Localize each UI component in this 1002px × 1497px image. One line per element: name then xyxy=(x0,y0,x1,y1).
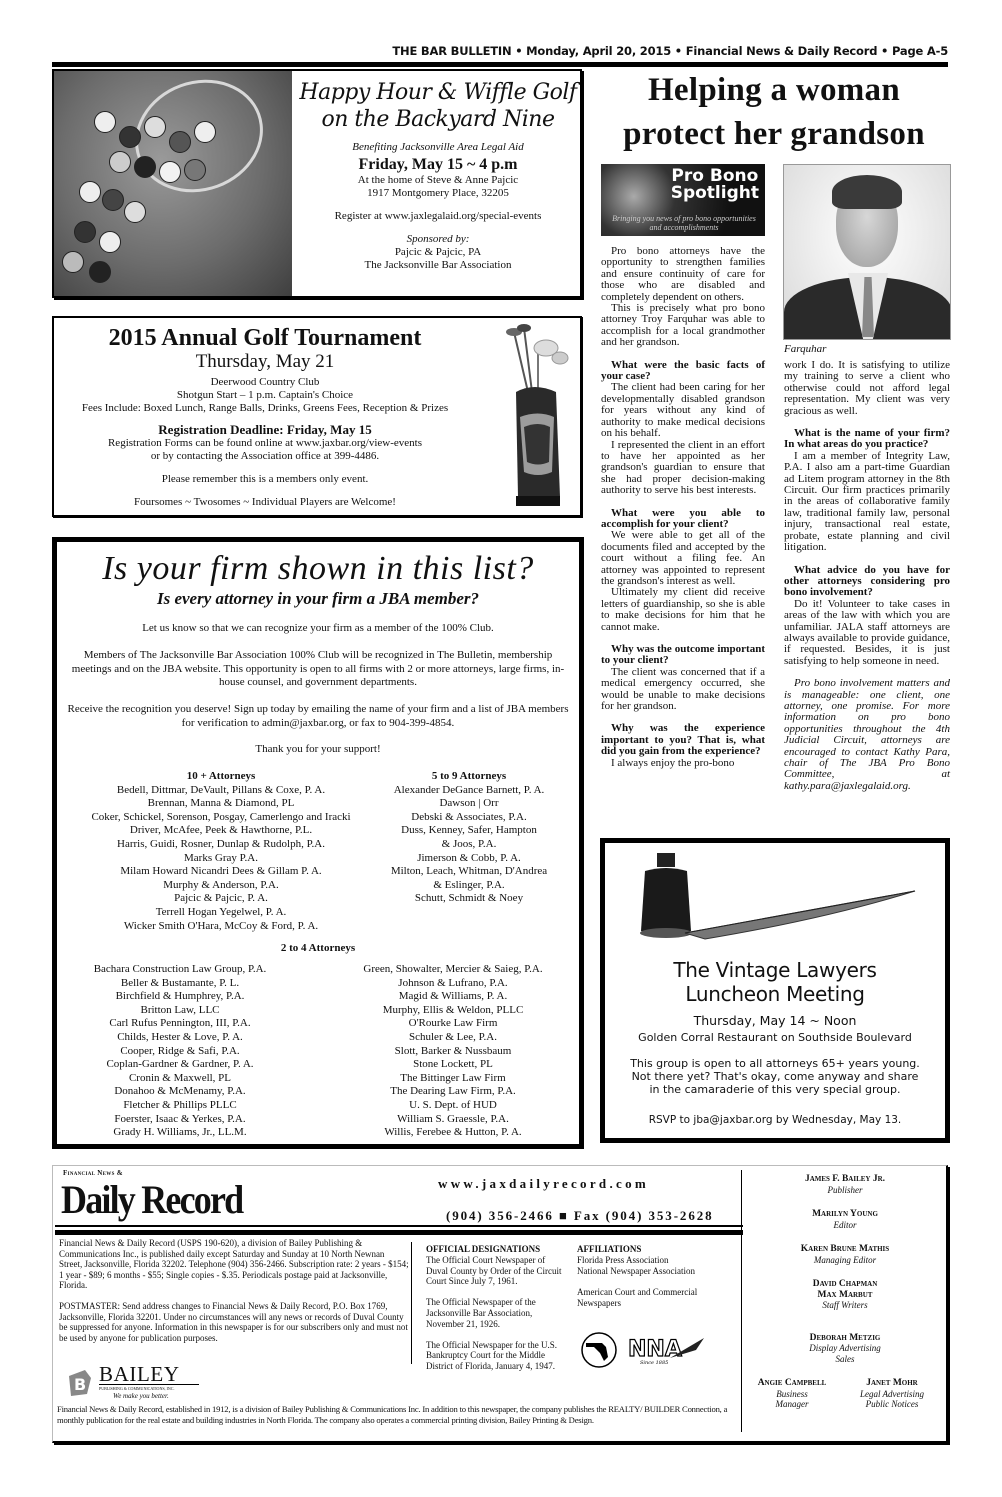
staff-legal-advertising: Janet Mohr Legal Advertising Public Noti… xyxy=(845,1378,939,1410)
bailey-tagline: We make you better. xyxy=(113,1392,169,1400)
masthead-info-2: POSTMASTER: Send address changes to Fina… xyxy=(59,1301,409,1343)
staff-role: Legal Advertising xyxy=(845,1389,939,1400)
firm-item: Cooper, Ridge & Safi, P.A. xyxy=(65,1045,295,1059)
sponsor-1: Pajcic & Pajcic, PA xyxy=(294,246,582,259)
staff-name: James F. Bailey Jr. xyxy=(745,1174,945,1185)
firm-item: Bedell, Dittmar, DeVault, Pillans & Coxe… xyxy=(65,784,377,798)
article-closing: Pro bono involvement matters and is mana… xyxy=(784,678,950,792)
question-1: What were the basic facts of your case? xyxy=(601,360,765,383)
staff-role: Editor xyxy=(745,1220,945,1231)
question-6: What advice do you have for other attorn… xyxy=(784,565,950,599)
affiliations: AFFILIATIONS Florida Press Association N… xyxy=(577,1244,737,1309)
bailey-sub: PUBLISHING & COMMUNICATIONS, INC. xyxy=(99,1386,199,1391)
firm-item: William S. Graessle, P.A. xyxy=(337,1113,569,1127)
staff-role: Business xyxy=(745,1389,839,1400)
answer-1b: I represented the client in an effort to… xyxy=(601,440,765,497)
firm-list-para-1: Let us know so that we can recognize you… xyxy=(67,622,569,636)
farquhar-photo xyxy=(783,164,951,340)
staff-list: James F. Bailey Jr. Publisher Marilyn Yo… xyxy=(745,1174,945,1410)
firm-item: Childs, Hester & Love, P. A. xyxy=(65,1031,295,1045)
firm-list-thanks: Thank you for your support! xyxy=(67,743,569,757)
answer-6: Do it! Volunteer to take cases in areas … xyxy=(784,599,950,667)
running-head: THE BAR BULLETIN • Monday, April 20, 201… xyxy=(52,44,948,58)
staff-role: Sales xyxy=(745,1354,945,1365)
affiliation-1: Florida Press Association xyxy=(577,1255,737,1266)
staff-editor: Marilyn Young Editor xyxy=(745,1209,945,1230)
firm-item: Dawson | Orr xyxy=(359,797,579,811)
golf-deadline: Registration Deadline: Friday, May 15 xyxy=(54,422,476,437)
vintage-title-2: Luncheon Meeting xyxy=(605,982,945,1006)
affiliations-heading: AFFILIATIONS xyxy=(577,1244,737,1255)
vintage-lawyers-ad: The Vintage Lawyers Luncheon Meeting Thu… xyxy=(600,838,950,1143)
firm-item: Slott, Barker & Nussbaum xyxy=(337,1045,569,1059)
firm-item: Jimerson & Cobb, P. A. xyxy=(359,852,579,866)
firm-item: Birchfield & Humphrey, P.A. xyxy=(65,990,295,1004)
answer-1a: The client had been caring for her devel… xyxy=(601,382,765,439)
question-3: Why was the outcome important to your cl… xyxy=(601,644,765,667)
staff-name: Janet Mohr xyxy=(845,1378,939,1389)
golf-forms-1[interactable]: Registration Forms can be found online a… xyxy=(54,437,476,450)
firm-item: Wicker Smith O'Hara, McCoy & Ford, P. A. xyxy=(65,920,377,934)
svg-text:NNA: NNA xyxy=(628,1337,682,1362)
golf-title: 2015 Annual Golf Tournament xyxy=(54,324,476,352)
designation-3: The Official Newspaper for the U.S. Bank… xyxy=(426,1340,566,1372)
staff-role: Public Notices xyxy=(845,1399,939,1410)
vintage-date: Thursday, May 14 ~ Noon xyxy=(605,1013,945,1028)
firm-item: Foerster, Isaac & Yerkes, P.A. xyxy=(65,1113,295,1127)
firm-item: The Bittinger Law Firm xyxy=(337,1072,569,1086)
firm-item: Terrell Hogan Yegelwel, P. A. xyxy=(65,906,377,920)
staff-role: Display Advertising xyxy=(745,1343,945,1354)
vintage-body-1: This group is open to all attorneys 65+ … xyxy=(615,1057,935,1070)
happy-hour-title-2: on the Backyard Nine xyxy=(294,106,582,133)
svg-text:B: B xyxy=(74,1375,86,1394)
answer-4-cont: work I do. It is satisfying to utilize m… xyxy=(784,360,950,417)
sponsored-label: Sponsored by: xyxy=(294,233,582,246)
staff-name: Marilyn Young xyxy=(745,1209,945,1220)
happy-hour-location-2: 1917 Montgomery Place, 32205 xyxy=(294,187,582,200)
golf-date: Thursday, May 21 xyxy=(54,352,476,372)
five-to-nine-heading: 5 to 9 Attorneys xyxy=(359,770,579,784)
staff-writers: David Chapman Max Marbut Staff Writers xyxy=(745,1279,945,1311)
masthead-info: Financial News & Daily Record (USPS 190-… xyxy=(59,1238,409,1343)
staff-name: David Chapman xyxy=(745,1279,945,1290)
staff-role: Managing Editor xyxy=(745,1255,945,1266)
pro-bono-spotlight-banner: Pro Bono Spotlight Bringing you news of … xyxy=(601,164,765,236)
happy-hour-benefit: Benefiting Jacksonville Area Legal Aid xyxy=(294,141,582,153)
answer-2b: Ultimately my client did receive letters… xyxy=(601,587,765,633)
vintage-rsvp[interactable]: RSVP to jba@jaxbar.org by Wednesday, May… xyxy=(605,1114,945,1126)
two-to-four-right-column: Green, Showalter, Mercier & Saieg, P.A. … xyxy=(337,963,569,1140)
staff-name: Angie Campbell xyxy=(745,1378,839,1389)
vintage-title-1: The Vintage Lawyers xyxy=(605,958,945,982)
firm-item: Milton, Leach, Whitman, D'Andrea xyxy=(359,865,579,879)
firm-item: Stone Lockett, PL xyxy=(337,1058,569,1072)
firm-item: Donahoo & McMenamy, P.A. xyxy=(65,1085,295,1099)
vintage-body: This group is open to all attorneys 65+ … xyxy=(615,1057,935,1096)
golf-tournament-ad: 2015 Annual Golf Tournament Thursday, Ma… xyxy=(52,316,582,517)
firm-item: & Joos, P.A. xyxy=(359,838,579,852)
quill-pen-icon xyxy=(675,883,925,943)
answer-4-start: I always enjoy the pro-bono xyxy=(601,758,765,769)
question-4: Why was the experience important to you?… xyxy=(601,723,765,757)
golf-forms-2: or by contacting the Association office … xyxy=(54,450,476,463)
golf-bag-icon xyxy=(494,322,578,512)
masthead-info-1: Financial News & Daily Record (USPS 190-… xyxy=(59,1238,409,1291)
florida-press-association-logo-icon xyxy=(580,1331,618,1369)
article-intro-2: This is precisely what pro bono attorney… xyxy=(601,303,765,349)
designation-1: The Official Court Newspaper of Duval Co… xyxy=(426,1255,566,1287)
firm-item: Harris, Guidi, Rosner, Dunlap & Rudolph,… xyxy=(65,838,377,852)
vintage-title: The Vintage Lawyers Luncheon Meeting xyxy=(605,958,945,1006)
happy-hour-title-1: Happy Hour & Wiffle Golf xyxy=(294,79,582,106)
ten-plus-column: 10 + Attorneys Bedell, Dittmar, DeVault,… xyxy=(65,770,377,933)
firm-item: Britton Law, LLC xyxy=(65,1004,295,1018)
staff-name: Max Marbut xyxy=(745,1290,945,1301)
article-intro-1: Pro bono attorneys have the opportunity … xyxy=(601,246,765,303)
golf-text: 2015 Annual Golf Tournament Thursday, Ma… xyxy=(54,318,476,509)
masthead-phone: (904) 356-2466 ■ Fax (904) 353-2628 xyxy=(446,1208,714,1224)
vintage-body-3: in the camaraderie of this very special … xyxy=(615,1083,935,1096)
staff-role: Manager xyxy=(745,1399,839,1410)
firm-item: Coker, Schickel, Sorenson, Posgay, Camer… xyxy=(65,811,377,825)
happy-hour-register-link[interactable]: Register at www.jaxlegalaid.org/special-… xyxy=(294,210,582,223)
firm-item: The Dearing Law Firm, P.A. xyxy=(337,1085,569,1099)
firm-list-title: Is your firm shown in this list? xyxy=(57,550,579,588)
firm-item: U. S. Dept. of HUD xyxy=(337,1099,569,1113)
question-2: What were you able to accomplish for you… xyxy=(601,508,765,531)
article-column-2: work I do. It is satisfying to utilize m… xyxy=(784,360,950,792)
ten-plus-heading: 10 + Attorneys xyxy=(65,770,377,784)
wiffle-balls-photo xyxy=(54,71,292,296)
firm-item: Schuler & Lee, P.A. xyxy=(337,1031,569,1045)
staff-bottom-row: Angie Campbell Business Manager Janet Mo… xyxy=(745,1378,945,1410)
sponsor-2: The Jacksonville Bar Association xyxy=(294,259,582,272)
daily-record-masthead: Financial News & Daily Record www.jaxdai… xyxy=(52,1165,948,1443)
firm-item: Alexander DeGance Barnett, P. A. xyxy=(359,784,579,798)
staff-name: Deborah Metzig xyxy=(745,1333,945,1344)
golf-welcome: Foursomes ~ Twosomes ~ Individual Player… xyxy=(54,496,476,509)
masthead-url[interactable]: www.jaxdailyrecord.com xyxy=(438,1176,649,1192)
firm-item: Magid & Williams, P. A. xyxy=(337,990,569,1004)
golf-fees: Fees Include: Boxed Lunch, Range Balls, … xyxy=(54,402,476,415)
photo-caption: Farquhar xyxy=(784,343,826,355)
firm-item: Bachara Construction Law Group, P.A. xyxy=(65,963,295,977)
staff-business-manager: Angie Campbell Business Manager xyxy=(745,1378,839,1410)
firm-item: Willis, Ferebee & Hutton, P. A. xyxy=(337,1126,569,1140)
vintage-place: Golden Corral Restaurant on Southside Bo… xyxy=(605,1031,945,1044)
firm-item: Murphy & Anderson, P.A. xyxy=(65,879,377,893)
golf-venue: Deerwood Country Club xyxy=(54,376,476,389)
firm-item: Carl Rufus Pennington, III, P.A. xyxy=(65,1017,295,1031)
two-to-four-heading: 2 to 4 Attorneys xyxy=(57,942,579,956)
answer-2a: We were able to get all of the documents… xyxy=(601,530,765,587)
firm-item: & Eslinger, P.A. xyxy=(359,879,579,893)
vintage-body-2: Not there yet? That's okay, come anyway … xyxy=(615,1070,935,1083)
firm-list-para-2: Members of The Jacksonville Bar Associat… xyxy=(67,649,569,690)
firm-item: Debski & Associates, P.A. xyxy=(359,811,579,825)
answer-5: I am a member of Integrity Law, P.A. I a… xyxy=(784,451,950,554)
firm-list-subtitle: Is every attorney in your firm a JBA mem… xyxy=(57,589,579,609)
happy-hour-location-1: At the home of Steve & Anne Pajcic xyxy=(294,174,582,187)
designation-2: The Official Newspaper of the Jacksonvil… xyxy=(426,1297,566,1329)
bailey-b-mark-icon: B xyxy=(65,1368,95,1398)
firm-item: Fletcher & Phillips PLLC xyxy=(65,1099,295,1113)
spotlight-title-2: Spotlight xyxy=(671,185,759,202)
five-to-nine-column: 5 to 9 Attorneys Alexander DeGance Barne… xyxy=(359,770,579,906)
firm-item: Duss, Kenney, Safer, Hampton xyxy=(359,824,579,838)
question-5: What is the name of your firm? In what a… xyxy=(784,428,950,451)
firm-list-ad: Is your firm shown in this list? Is ever… xyxy=(52,537,584,1149)
article-headline: Helping a woman protect her grandson xyxy=(596,68,952,156)
firm-item: Pajcic & Pajcic, P. A. xyxy=(65,892,377,906)
firm-item: Driver, McAfee, Peek & Hawthorne, P.L. xyxy=(65,824,377,838)
firm-item: Schutt, Schmidt & Noey xyxy=(359,892,579,906)
nna-logo-icon: NNA Since 1885 xyxy=(626,1334,706,1366)
firm-item: Coplan-Gardner & Gardner, P. A. xyxy=(65,1058,295,1072)
masthead-footer: Financial News & Daily Record, establish… xyxy=(57,1404,741,1426)
staff-publisher: James F. Bailey Jr. Publisher xyxy=(745,1174,945,1195)
firm-item: Murphy, Ellis & Weldon, PLLC xyxy=(337,1004,569,1018)
affiliation-3: American Court and Commercial Newspapers xyxy=(577,1287,737,1309)
firm-item: Grady H. Williams, Jr., LL.M. xyxy=(65,1126,295,1140)
affiliation-2: National Newspaper Association xyxy=(577,1266,737,1277)
staff-advertising: Deborah Metzig Display Advertising Sales xyxy=(745,1333,945,1365)
happy-hour-ad: Happy Hour & Wiffle Golf on the Backyard… xyxy=(52,69,582,298)
two-to-four-left-column: Bachara Construction Law Group, P.A. Bel… xyxy=(65,963,295,1140)
spotlight-subtitle: Bringing you news of pro bono opportunit… xyxy=(609,214,759,232)
happy-hour-text: Happy Hour & Wiffle Golf on the Backyard… xyxy=(294,71,582,272)
firm-item: Green, Showalter, Mercier & Saieg, P.A. xyxy=(337,963,569,977)
golf-members-only: Please remember this is a members only e… xyxy=(54,473,476,486)
daily-record-logo: Daily Record xyxy=(61,1176,242,1223)
article-column-1: Pro bono attorneys have the opportunity … xyxy=(601,246,765,769)
firm-item: Johnson & Lufrano, P.A. xyxy=(337,977,569,991)
staff-role: Publisher xyxy=(745,1185,945,1196)
svg-text:Since 1885: Since 1885 xyxy=(640,1360,668,1366)
staff-role: Staff Writers xyxy=(745,1300,945,1311)
staff-name: Karen Brune Mathis xyxy=(745,1244,945,1255)
golf-start: Shotgun Start – 1 p.m. Captain's Choice xyxy=(54,389,476,402)
firm-item: Milam Howard Nicandri Dees & Gillam P. A… xyxy=(65,865,377,879)
official-designations: OFFICIAL DESIGNATIONS The Official Court… xyxy=(426,1244,566,1372)
firm-list-para-3: Receive the recognition you deserve! Sig… xyxy=(67,703,569,730)
staff-managing-editor: Karen Brune Mathis Managing Editor xyxy=(745,1244,945,1265)
firm-item: Beller & Bustamante, P. L. xyxy=(65,977,295,991)
firm-item: O'Rourke Law Firm xyxy=(337,1017,569,1031)
firm-item: Cronin & Maxwell, PL xyxy=(65,1072,295,1086)
spotlight-title: Pro Bono Spotlight xyxy=(671,168,759,202)
answer-3: The client was concerned that if a medic… xyxy=(601,667,765,713)
firm-item: Brennan, Manna & Diamond, PL xyxy=(65,797,377,811)
designations-heading: OFFICIAL DESIGNATIONS xyxy=(426,1244,566,1255)
header-rule xyxy=(52,62,948,67)
happy-hour-date: Friday, May 15 ~ 4 p.m xyxy=(294,156,582,174)
firm-item: Marks Gray P.A. xyxy=(65,852,377,866)
